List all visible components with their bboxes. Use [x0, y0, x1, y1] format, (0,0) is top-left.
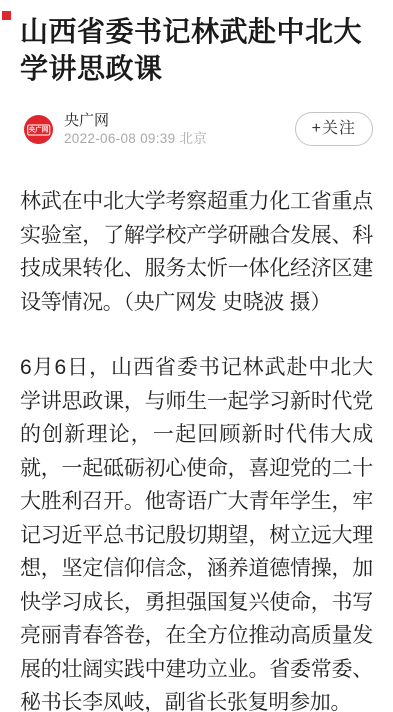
publish-meta: 2022-06-08 09:39 北京 [64, 131, 295, 146]
source-name[interactable]: 央广网 [64, 112, 295, 129]
source-logo-icon: 央广网 [27, 125, 51, 136]
article-page: 山西省委书记林武赴中北大学讲思政课 央广网 央广网 2022-06-08 09:… [0, 0, 393, 712]
red-corner-marker [2, 11, 11, 20]
article-paragraph-caption: 林武在中北大学考察超重力化工省重点实验室，了解学校产学研融合发展、科技成果转化、… [20, 185, 373, 319]
byline-row: 央广网 央广网 2022-06-08 09:39 北京 +关注 [24, 112, 373, 146]
follow-button[interactable]: +关注 [295, 112, 373, 146]
source-avatar[interactable]: 央广网 [24, 115, 53, 144]
article-title: 山西省委书记林武赴中北大学讲思政课 [20, 0, 373, 87]
article-body: 林武在中北大学考察超重力化工省重点实验室，了解学校产学研融合发展、科技成果转化、… [20, 185, 373, 712]
source-info: 央广网 2022-06-08 09:39 北京 [64, 112, 295, 146]
article-paragraph-main: 6月6日，山西省委书记林武赴中北大学讲思政课，与师生一起学习新时代党的创新理论，… [20, 351, 373, 712]
